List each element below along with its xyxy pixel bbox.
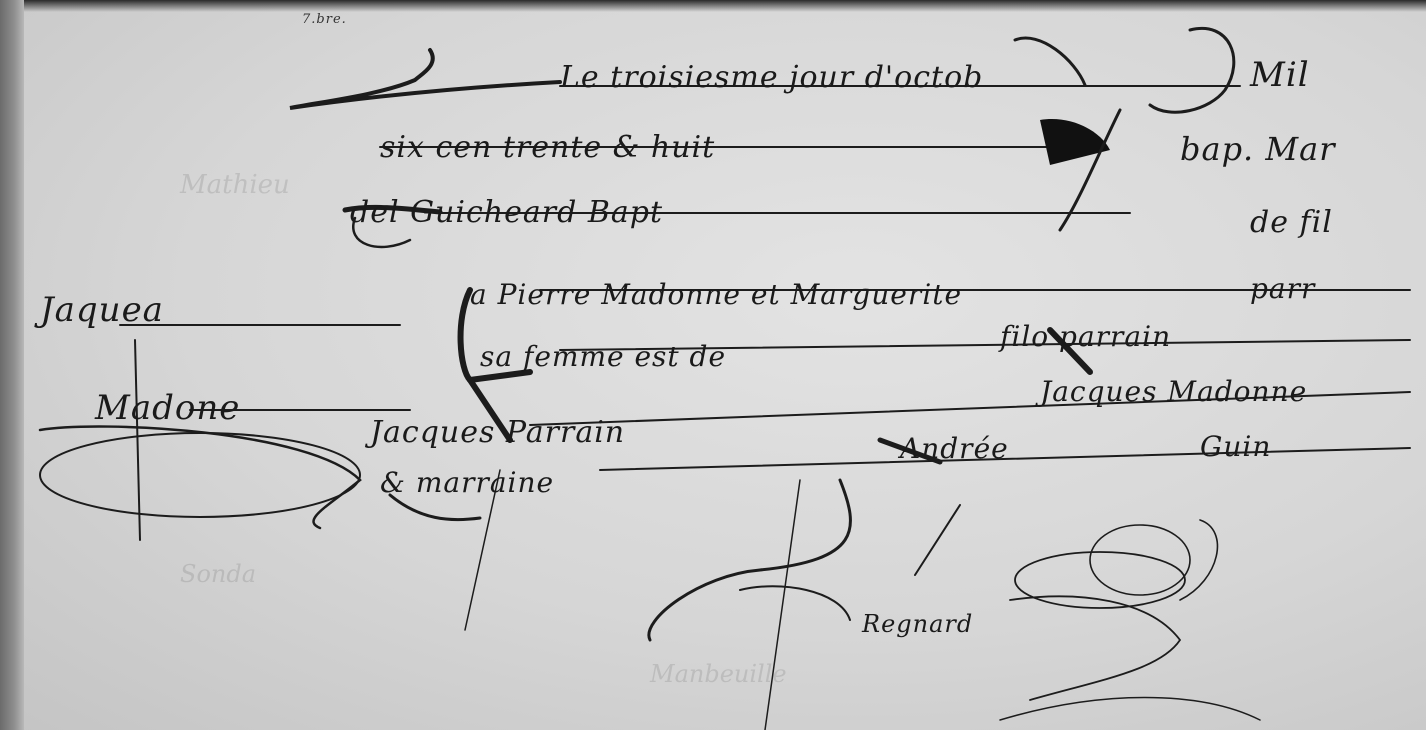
entry-line-7-end: Guin [1200, 430, 1271, 463]
register-page: Mathieu Manbeuille Sonda [0, 0, 1426, 730]
entry-line-4-end: parr [1250, 272, 1315, 305]
entry-line-6: Jacques Parrain [370, 415, 625, 450]
entry-line-5-name: Madone [95, 388, 240, 428]
entry-line-4: a Pierre Madonne et Marguerite [470, 278, 962, 311]
folio-mark: 7.bre. [302, 12, 347, 27]
entry-line-2-end: bap. Mar [1180, 130, 1336, 168]
signature: Regnard [862, 610, 973, 638]
entry-line-7-mid: Andrée [900, 432, 1009, 465]
entry-line-6-end: Jacques Madonne [1040, 375, 1307, 408]
entry-line-7: & marraine [380, 466, 554, 499]
entry-line-1-end: Mil [1250, 55, 1310, 95]
entry-line-2: six cen trente & huit [380, 130, 715, 165]
entry-line-5: sa femme est de [480, 340, 726, 373]
entry-line-1: Le troisiesme jour d'octob [560, 60, 983, 95]
entry-line-4-name: Jaquea [40, 290, 164, 330]
entry-line-3-end: de fil [1250, 205, 1333, 240]
entry-line-5-end: filo parrain [1000, 320, 1171, 353]
entry-line-3: del Guicheard Bapt [350, 195, 663, 230]
